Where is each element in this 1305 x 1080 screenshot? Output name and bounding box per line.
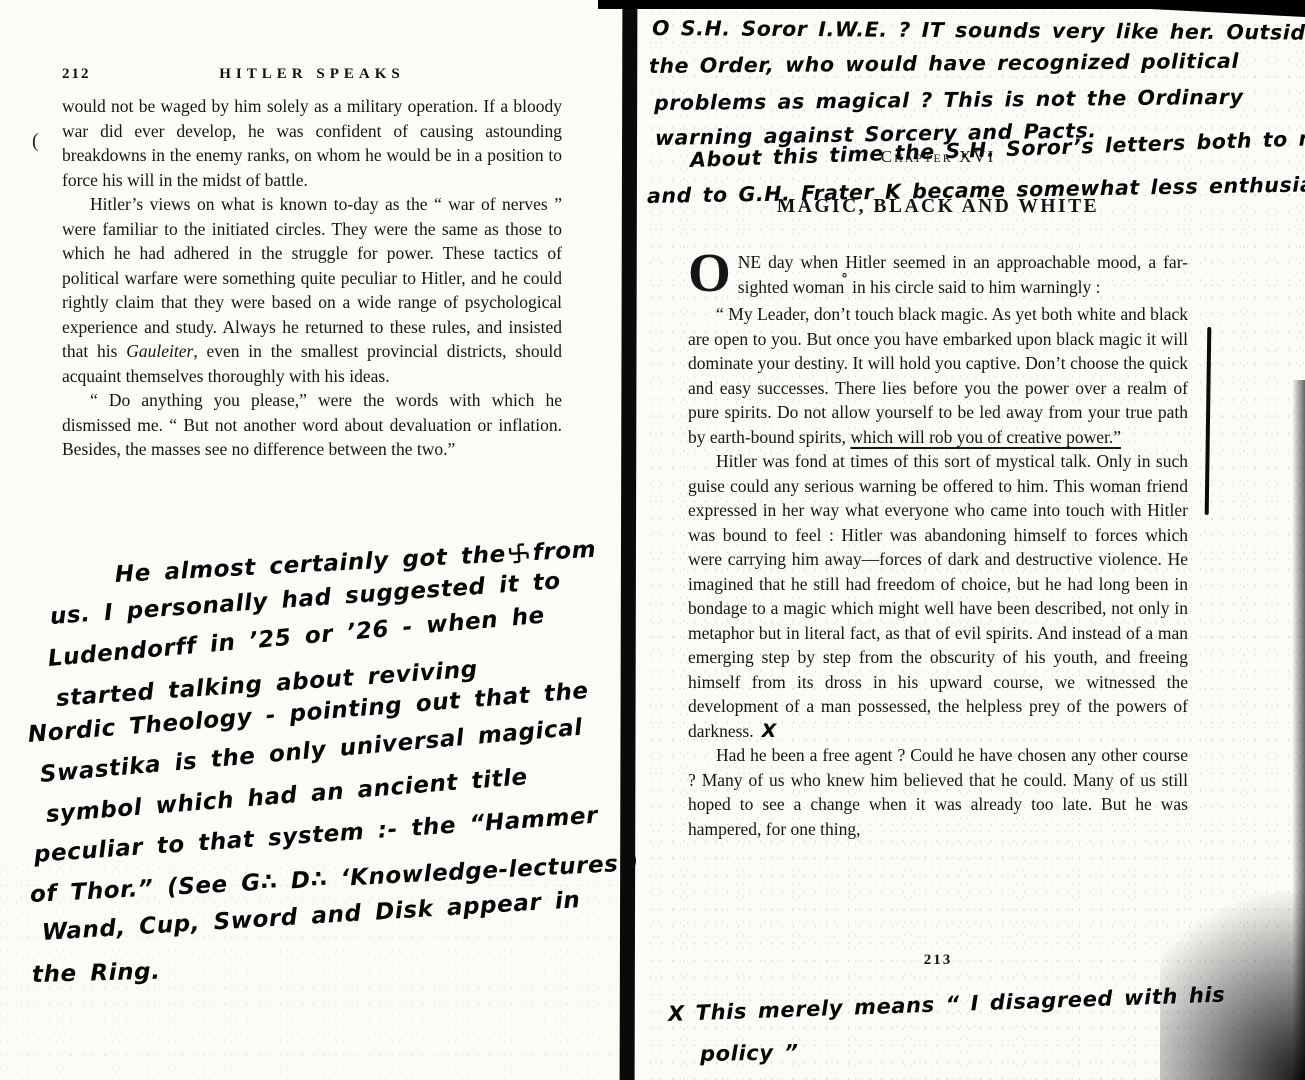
paragraph: Had he been a free agent ? Could he have… (688, 743, 1188, 841)
paragraph-text: in his circle said to him warningly : (848, 277, 1101, 297)
paragraph-text: Hitler’s views on what is known to-day a… (62, 194, 562, 361)
right-page-body: ONE day when Hitler seemed in an approac… (688, 250, 1188, 841)
chapter-label: Chapter XVI (688, 147, 1188, 167)
running-header: 212 HITLER SPEAKS (62, 66, 562, 83)
scan-corner-shadow (1160, 880, 1305, 1080)
left-page-number: 212 (62, 66, 91, 83)
quote-text: “ My Leader, don’t touch black magic. As… (688, 304, 1188, 447)
annotation-circle-mark: ° (841, 268, 848, 293)
handwritten-line: O S.H. Soror I.W.E. ? IT sounds very lik… (652, 16, 1305, 45)
scan-edge-right (1292, 380, 1305, 1080)
paragraph: would not be waged by him solely as a mi… (62, 94, 562, 192)
paragraph: “ My Leader, don’t touch black magic. As… (688, 302, 1188, 449)
italic-term: Gauleiter (126, 341, 193, 361)
paragraph: Hitler’s views on what is known to-day a… (62, 192, 562, 388)
handwritten-text: from (532, 537, 597, 566)
paragraph: ONE day when Hitler seemed in an approac… (688, 250, 1188, 302)
paragraph: Hitler was fond at times of this sort of… (688, 449, 1188, 743)
underlined-phrase: which will rob you of creative power.” (850, 427, 1121, 447)
right-page-number: 213 (688, 952, 1188, 969)
paragraph-text: Hitler was fond at times of this sort of… (688, 451, 1188, 741)
handwritten-line: X This merely means “ I disagreed with h… (668, 983, 1226, 1026)
running-header-title: HITLER SPEAKS (62, 66, 562, 83)
handwritten-line: the Order, who would have recognized pol… (649, 49, 1239, 78)
book-scan-spread: ( 212 HITLER SPEAKS would not be waged b… (0, 0, 1305, 1080)
annotation-x-mark: X (762, 720, 777, 742)
scan-edge-top-corner (1140, 0, 1305, 17)
left-page-body: would not be waged by him solely as a mi… (62, 94, 562, 462)
page-gutter-shadow (620, 0, 638, 1080)
margin-bracket-line (1205, 327, 1212, 515)
handwritten-line: problems as magical ? This is not the Or… (654, 85, 1244, 115)
handwritten-line: policy ” (700, 1040, 799, 1066)
chapter-title: MAGIC, BLACK AND WHITE (688, 196, 1188, 218)
margin-pencil-mark: ( (32, 130, 39, 153)
swastika-symbol-icon (508, 542, 530, 570)
paragraph: “ Do anything you please,” were the word… (62, 388, 562, 462)
handwritten-line: the Ring. (32, 959, 161, 988)
drop-cap: O (688, 250, 738, 294)
